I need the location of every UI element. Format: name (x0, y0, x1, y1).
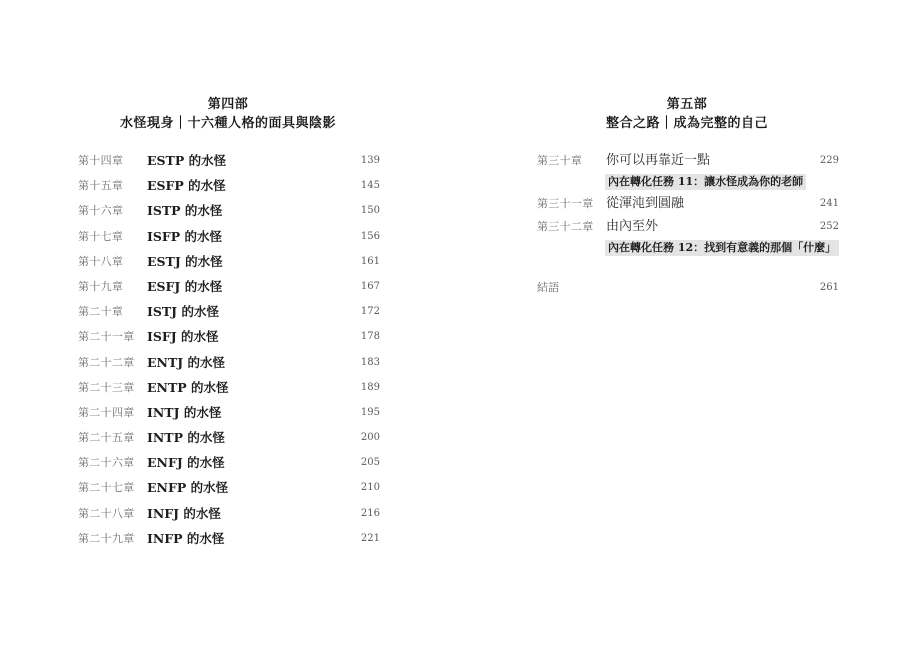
page-number: 210 (361, 478, 380, 498)
chapter-title: ISFJ 的水怪 (147, 327, 219, 347)
page-number: 167 (361, 277, 380, 297)
chapter-label: 第十七章 (78, 227, 123, 247)
chapter-label: 第十六章 (78, 201, 123, 221)
toc-entry[interactable]: 第十四章 ESTP 的水怪 139 (78, 151, 380, 176)
table-of-contents-part-five: 第三十章 你可以再靠近一點 229 內在轉化任務 11：讓水怪成為你的老師 第三… (537, 151, 839, 303)
chapter-label: 第二十章 (78, 302, 123, 322)
page-number: 195 (361, 403, 380, 423)
toc-entry[interactable]: 第二十九章 INFP 的水怪 221 (78, 529, 380, 554)
transformation-task-highlight: 內在轉化任務 11：讓水怪成為你的老師 (605, 174, 806, 190)
chapter-title: INTJ 的水怪 (147, 403, 221, 423)
part-number: 第四部 (78, 96, 378, 114)
toc-entry[interactable]: 第十七章 ISFP 的水怪 156 (78, 227, 380, 252)
chapter-label: 第二十五章 (78, 428, 135, 448)
page-number: 252 (820, 217, 839, 237)
toc-entry[interactable]: 第二十章 ISTJ 的水怪 172 (78, 302, 380, 327)
chapter-title: ESFJ 的水怪 (147, 277, 222, 297)
chapter-label: 第二十八章 (78, 504, 135, 524)
part-four-header: 第四部 水怪現身｜十六種人格的面具與陰影 (78, 96, 378, 134)
chapter-title: INFP 的水怪 (147, 529, 224, 549)
toc-entry[interactable]: 第十九章 ESFJ 的水怪 167 (78, 277, 380, 302)
chapter-title: 你可以再靠近一點 (606, 151, 710, 171)
page-number: 216 (361, 504, 380, 524)
part-number: 第五部 (537, 96, 837, 114)
toc-entry[interactable]: 第二十一章 ISFJ 的水怪 178 (78, 327, 380, 352)
transformation-task-highlight: 內在轉化任務 12：找到有意義的那個「什麼」 (605, 240, 839, 256)
chapter-title: ENTP 的水怪 (147, 378, 229, 398)
toc-entry[interactable]: 第二十六章 ENFJ 的水怪 205 (78, 453, 380, 478)
page-number: 156 (361, 227, 380, 247)
page-number: 172 (361, 302, 380, 322)
chapter-title: ENFJ 的水怪 (147, 453, 225, 473)
section-spacer (537, 260, 839, 278)
chapter-label: 第二十四章 (78, 403, 135, 423)
toc-entry[interactable]: 第二十七章 ENFP 的水怪 210 (78, 478, 380, 503)
chapter-label: 第十九章 (78, 277, 123, 297)
chapter-label: 第三十一章 (537, 194, 594, 214)
page-number: 200 (361, 428, 380, 448)
epilogue-label: 結語 (537, 278, 560, 298)
page-number: 178 (361, 327, 380, 347)
page-number: 150 (361, 201, 380, 221)
toc-entry[interactable]: 第十六章 ISTP 的水怪 150 (78, 201, 380, 226)
page-number: 189 (361, 378, 380, 398)
chapter-title: 由內至外 (606, 217, 658, 237)
page-number: 183 (361, 353, 380, 373)
chapter-label: 第十四章 (78, 151, 123, 171)
page-number: 161 (361, 252, 380, 272)
chapter-title: ENTJ 的水怪 (147, 353, 225, 373)
toc-entry[interactable]: 第三十二章 由內至外 252 (537, 217, 839, 239)
right-page: 第五部 整合之路｜成為完整的自己 第三十章 你可以再靠近一點 229 內在轉化任… (458, 0, 917, 651)
toc-entry[interactable]: 第二十五章 INTP 的水怪 200 (78, 428, 380, 453)
chapter-label: 第三十二章 (537, 217, 594, 237)
chapter-label: 第二十一章 (78, 327, 135, 347)
table-of-contents-part-four: 第十四章 ESTP 的水怪 139 第十五章 ESFP 的水怪 145 第十六章… (78, 151, 380, 554)
chapter-title: INFJ 的水怪 (147, 504, 221, 524)
page-number: 221 (361, 529, 380, 549)
page-number: 241 (820, 194, 839, 214)
chapter-label: 第二十九章 (78, 529, 135, 549)
chapter-title: ESTP 的水怪 (147, 151, 226, 171)
task-entry[interactable]: 內在轉化任務 12：找到有意義的那個「什麼」 (537, 239, 839, 260)
chapter-label: 第二十二章 (78, 353, 135, 373)
toc-entry[interactable]: 第二十三章 ENTP 的水怪 189 (78, 378, 380, 403)
chapter-title: 從渾沌到圓融 (606, 194, 684, 214)
page-number: 145 (361, 176, 380, 196)
part-title: 水怪現身｜十六種人格的面具與陰影 (78, 114, 378, 134)
chapter-label: 第十八章 (78, 252, 123, 272)
chapter-title: ESTJ 的水怪 (147, 252, 223, 272)
task-entry[interactable]: 內在轉化任務 11：讓水怪成為你的老師 (537, 173, 839, 194)
part-title: 整合之路｜成為完整的自己 (537, 114, 837, 134)
chapter-title: INTP 的水怪 (147, 428, 225, 448)
toc-entry[interactable]: 第二十八章 INFJ 的水怪 216 (78, 504, 380, 529)
page-number: 261 (820, 278, 839, 298)
epilogue-entry[interactable]: 結語 261 (537, 278, 839, 303)
toc-entry[interactable]: 第二十四章 INTJ 的水怪 195 (78, 403, 380, 428)
chapter-title: ISFP 的水怪 (147, 227, 222, 247)
toc-entry[interactable]: 第二十二章 ENTJ 的水怪 183 (78, 353, 380, 378)
page-number: 139 (361, 151, 380, 171)
page-number: 229 (820, 151, 839, 171)
chapter-title: ENFP 的水怪 (147, 478, 228, 498)
chapter-label: 第二十六章 (78, 453, 135, 473)
chapter-label: 第二十七章 (78, 478, 135, 498)
chapter-title: ISTP 的水怪 (147, 201, 222, 221)
chapter-label: 第十五章 (78, 176, 123, 196)
chapter-title: ISTJ 的水怪 (147, 302, 219, 322)
toc-entry[interactable]: 第十五章 ESFP 的水怪 145 (78, 176, 380, 201)
left-page: 第四部 水怪現身｜十六種人格的面具與陰影 第十四章 ESTP 的水怪 139 第… (0, 0, 458, 651)
part-five-header: 第五部 整合之路｜成為完整的自己 (537, 96, 837, 134)
page-number: 205 (361, 453, 380, 473)
toc-entry[interactable]: 第三十章 你可以再靠近一點 229 (537, 151, 839, 173)
toc-entry[interactable]: 第三十一章 從渾沌到圓融 241 (537, 194, 839, 217)
chapter-title: ESFP 的水怪 (147, 176, 226, 196)
chapter-label: 第二十三章 (78, 378, 135, 398)
chapter-label: 第三十章 (537, 151, 582, 171)
toc-entry[interactable]: 第十八章 ESTJ 的水怪 161 (78, 252, 380, 277)
